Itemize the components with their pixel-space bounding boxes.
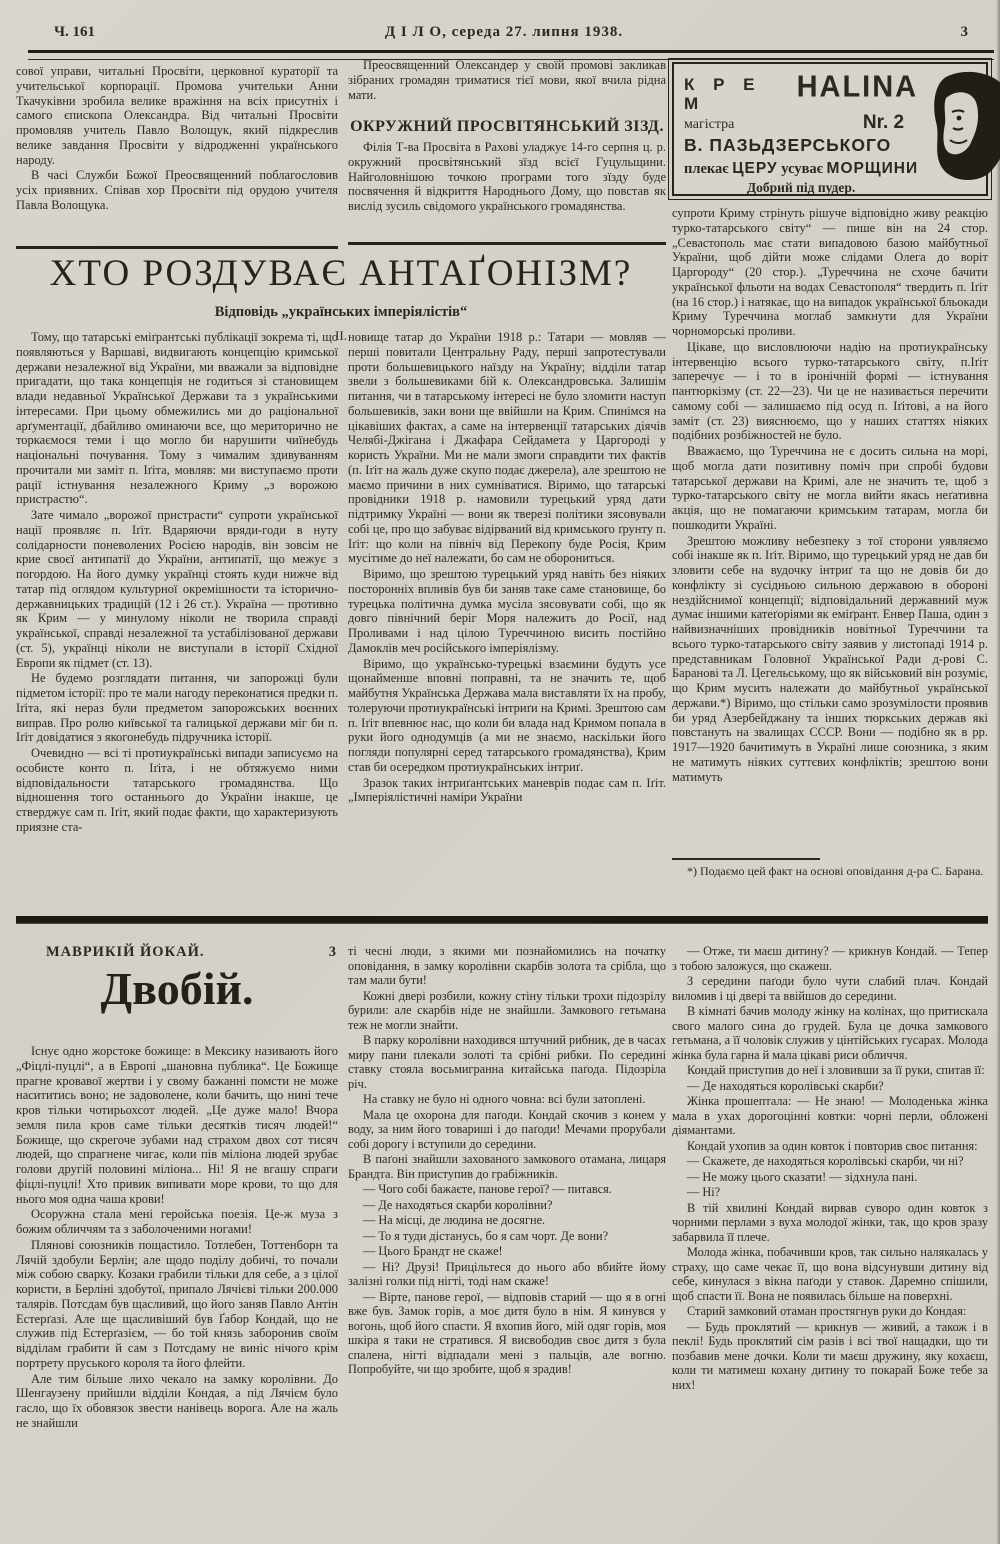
feuilleton-column-3: — Отже, ти маєш дитину? — крикнув Кондай… — [672, 944, 988, 1540]
paragraph: Старий замковий отаман простягнув руки д… — [672, 1304, 988, 1319]
ad-product-type: К Р Е М — [684, 72, 783, 113]
woman-face-icon — [922, 70, 1000, 182]
main-headline: ХТО РОЗДУВАЄ АНТАҐОНІЗМ? — [16, 252, 666, 295]
paragraph: Тому, що татарські еміґрантські публікац… — [16, 330, 338, 507]
paragraph: — Будь проклятий — крикнув — живий, а та… — [672, 1320, 988, 1393]
woman-portrait-illustration — [920, 64, 1000, 194]
paragraph: — То я туди дістанусь, бо я сам чорт. Де… — [348, 1229, 666, 1244]
divider-rule — [348, 242, 666, 245]
divider-rule — [16, 246, 338, 249]
paragraph: Осоружна стала мені геройська поезія. Це… — [16, 1207, 338, 1237]
ad-claim-verb2: усуває — [781, 161, 823, 177]
paragraph: Але тим більше лихо чекало на замку коро… — [16, 1372, 338, 1431]
newspaper-page: Ч. 161 Д І Л О, середа 27. липня 1938. 3… — [0, 0, 1000, 1544]
paragraph: — Цього Брандт не скаже! — [348, 1244, 666, 1259]
main-subtitle: Відповідь „українських імперіялістів“ — [16, 304, 666, 321]
paragraph: Зрештою можливу небезпеку з тої сторони … — [672, 534, 988, 785]
paragraph: Кондай ухопив за один ковток і повторив … — [672, 1139, 988, 1154]
paragraph: Зате чимало „ворожої пристрасти“ супроти… — [16, 508, 338, 670]
paragraph: Кондай приступив до неї і зловивши за її… — [672, 1063, 988, 1078]
paragraph: Віримо, що зрештою турецький уряд навіть… — [348, 567, 666, 656]
footnote: *) Подаємо цей факт на основі оповідання… — [672, 864, 988, 879]
paragraph: Жінка прошептала: — Не знаю! — Молоденьк… — [672, 1094, 988, 1138]
ad-claim-verb1: плекає — [684, 161, 729, 177]
paragraph: Існує одно жорстоке божище: в Мексику на… — [16, 1044, 338, 1206]
paragraph: Вважаємо, що Туреччина не є досить сильн… — [672, 444, 988, 533]
article-column-right: супроти Криму стрінуть рішуче відповідно… — [672, 206, 988, 852]
section-divider-bar — [16, 916, 988, 923]
paragraph: Зразок таких інтриґантських маневрів под… — [348, 776, 666, 806]
paragraph: Очевидно — всі ті протиукраїнські випади… — [16, 746, 338, 835]
ad-maker-name: В. ПАЗЬДЗЕРСЬКОГО — [684, 136, 918, 155]
paragraph: З середини паґоди було чути слабий плач.… — [672, 974, 988, 1003]
paragraph: В кімнаті бачив молоду жінку на колінах,… — [672, 1004, 988, 1062]
feuilleton-author: МАВРИКІЙ ЙОКАЙ. — [46, 944, 204, 961]
feuilleton-title: Двобій. — [16, 962, 338, 1015]
paragraph: В паґоні знайшли захованого замкового от… — [348, 1152, 666, 1181]
ad-claim-line: плекає ЦЕРУ усуває МОРЩИНИ — [684, 160, 918, 178]
feuilleton-installment-number: 3 — [329, 944, 336, 961]
paragraph: Не будемо розглядати питання, чи запорож… — [16, 671, 338, 745]
paragraph: Молода жінка, побачивши кров, так сильно… — [672, 1245, 988, 1303]
paragraph: Мала це охорона для паґоди. Кондай скочи… — [348, 1108, 666, 1152]
paragraph: — Отже, ти маєш дитину? — крикнув Кондай… — [672, 944, 988, 973]
paragraph: — Чого собі бажаєте, панове герої? — пит… — [348, 1182, 666, 1197]
ad-claim-object2: МОРЩИНИ — [827, 160, 919, 177]
section-heading: ОКРУЖНИЙ ПРОСВІТЯНСЬКИЙ ЗІЗД. — [348, 118, 666, 136]
ad-product-number: Nr. 2 — [863, 113, 904, 134]
ad-footer-line: Добрий під пудер. — [684, 181, 918, 196]
paragraph: супроти Криму стрінуть рішуче відповідно… — [672, 206, 988, 339]
paragraph: В часі Служби Божої Преосвященний поблаг… — [16, 168, 338, 212]
masthead: Ч. 161 Д І Л О, середа 27. липня 1938. 3 — [36, 24, 972, 46]
paragraph: Преосвященний Олександер у своїй промові… — [348, 58, 666, 102]
paragraph: В парку королівни находився штучний рибн… — [348, 1033, 666, 1091]
top-left-article-continuation: сової управи, читальні Просвіти, церковн… — [16, 64, 338, 240]
paragraph: Плянові союзників пощастило. Тотлебен, Т… — [16, 1238, 338, 1371]
ad-claim-object1: ЦЕРУ — [732, 160, 777, 177]
ad-magister-label: магістра — [684, 117, 734, 132]
paragraph: — Де находяться скарби королівни? — [348, 1198, 666, 1213]
paragraph: — Вірте, панове герої, — відповів старий… — [348, 1290, 666, 1377]
paragraph: Філія Т-ва Просвіта в Рахові уладжує 14-… — [348, 140, 666, 214]
paragraph: Цікаве, що висловлюючи надію на протиукр… — [672, 340, 988, 443]
article-column-left: Тому, що татарські еміґрантські публікац… — [16, 330, 338, 908]
page-number: 3 — [961, 24, 969, 41]
ad-brand-name: HALINA — [797, 71, 919, 104]
feuilleton-byline-row: МАВРИКІЙ ЙОКАЙ. 3 — [16, 944, 338, 964]
paragraph: новище татар до України 1918 р.: Татари … — [348, 330, 666, 566]
paragraph: — На місці, де людина не досягне. — [348, 1213, 666, 1228]
top-middle-article-body: Філія Т-ва Просвіта в Рахові уладжує 14-… — [348, 140, 666, 240]
paragraph: На ставку не було ні одного човна: всі б… — [348, 1092, 666, 1107]
paragraph: ті чесні люди, з якими ми познайомились … — [348, 944, 666, 988]
paragraph: — Не можу цього сказати! — зідхнула пані… — [672, 1170, 988, 1185]
ad-text-block: К Р Е М HALINA магістра Nr. 2 В. ПАЗЬДЗЕ… — [674, 64, 920, 194]
article-column-middle: новище татар до України 1918 р.: Татари … — [348, 330, 666, 908]
paragraph: — Де находяться королівські скарби? — [672, 1079, 988, 1094]
paragraph: сової управи, читальні Просвіти, церковн… — [16, 64, 338, 167]
paragraph: — Скажете, де находяться королівські ска… — [672, 1154, 988, 1169]
paragraph: Кожні двері розбили, кожну стіну тільки … — [348, 989, 666, 1033]
feuilleton-column-2: ті чесні люди, з якими ми познайомились … — [348, 944, 666, 1540]
top-middle-lead: Преосвященний Олександер у своїй промові… — [348, 58, 666, 103]
advertisement-cream-halina: К Р Е М HALINA магістра Nr. 2 В. ПАЗЬДЗЕ… — [672, 62, 988, 196]
paragraph: Віримо, що українсько-турецькі взаємини … — [348, 657, 666, 775]
scan-edge-shadow — [996, 0, 1000, 1544]
newspaper-title-date: Д І Л О, середа 27. липня 1938. — [36, 24, 972, 41]
feuilleton-column-1: Існує одно жорстоке божище: в Мексику на… — [16, 1044, 338, 1538]
footnote-rule — [672, 858, 820, 860]
footnote-text: *) Подаємо цей факт на основі оповідання… — [672, 864, 988, 879]
paragraph: — Ні? Друзі! Прицільтеся до нього або вб… — [348, 1260, 666, 1289]
paragraph: — Ні? — [672, 1185, 988, 1200]
paragraph: В тій хвилині Кондай вирвав суворо один … — [672, 1201, 988, 1245]
